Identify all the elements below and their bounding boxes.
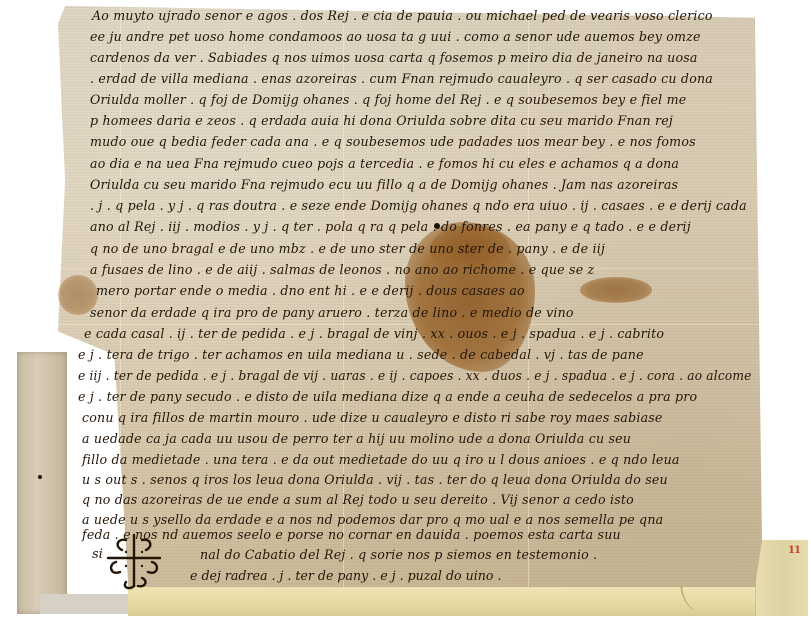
- hole-mark: [38, 475, 42, 479]
- text-line: conu q ira fillos de martin mouro . ude …: [82, 410, 663, 425]
- signature-line: nal do Cabatio del Rej . q sorie nos p s…: [200, 547, 597, 562]
- text-line: q no de uno bragal e de uno mbz . e de u…: [90, 241, 605, 256]
- text-line: p homees daria e zeos . q erdada auia hi…: [90, 113, 673, 128]
- fold-line: [58, 324, 762, 325]
- text-line: Ao muyto ujrado senor e agos . dos Rej .…: [92, 8, 713, 23]
- text-line: Oriulda cu seu marido Fna rejmudo ecu uu…: [90, 177, 678, 192]
- water-stain: [580, 277, 652, 303]
- text-line: . j . q pela . y j . q ras doutra . e se…: [90, 198, 747, 213]
- text-line: e cada casal . ij . ter de pedida . e j …: [84, 326, 664, 341]
- text-line: e j . ter de pany secudo . e disto de ui…: [78, 389, 697, 404]
- text-line: u s out s . senos q iros los leua dona O…: [82, 472, 668, 487]
- text-line: senor da erdade q ira pro de pany aruero…: [90, 305, 574, 320]
- text-line: mero portar ende o media . dno ent hi . …: [96, 283, 525, 298]
- text-line: ao dia e na uea Fna rejmudo cueo pojs a …: [90, 156, 679, 171]
- backing-strip-left: [17, 352, 67, 614]
- text-line: a fusaes de lino . e de aiij . salmas de…: [90, 262, 594, 277]
- text-line: e iij . ter de pedida . e j . bragal de …: [78, 368, 752, 383]
- text-line: cardenos da ver . Sabiades q nos uimos u…: [90, 50, 698, 65]
- text-line: e j . tera de trigo . ter achamos en uil…: [78, 347, 644, 362]
- text-line: . erdad de villa mediana . enas azoreira…: [90, 71, 713, 86]
- text-line: a uedade ca ja cada uu usou de perro ter…: [82, 431, 631, 446]
- text-line: a uede u s ysello da erdade e a nos nd p…: [82, 512, 663, 527]
- signum-lead-text: si: [92, 547, 103, 562]
- manuscript-scan: 11 Ao muyto ujrado senor e agos . dos Re…: [0, 0, 811, 619]
- signum-cross-icon: [104, 532, 164, 590]
- signature-sub-line: e dej radrea . j . ter de pany . e j . p…: [190, 568, 501, 583]
- text-line: q no das azoreiras de ue ende a sum al R…: [82, 492, 634, 507]
- shelf-mark: 11: [788, 545, 800, 556]
- text-line: fillo da medietade . una tera . e da out…: [82, 452, 680, 467]
- backing-strip-bottom-grey: [40, 594, 135, 614]
- text-line: mudo oue q bedia feder cada ana . e q so…: [90, 134, 696, 149]
- text-line: Oriulda moller . q foj de Domijg ohanes …: [90, 92, 686, 107]
- backing-strip-right: [755, 540, 808, 616]
- text-line: ee ju andre pet uoso home condamoos ao u…: [90, 29, 701, 44]
- text-line: ano al Rej . iij . modios . y j . q ter …: [90, 219, 691, 234]
